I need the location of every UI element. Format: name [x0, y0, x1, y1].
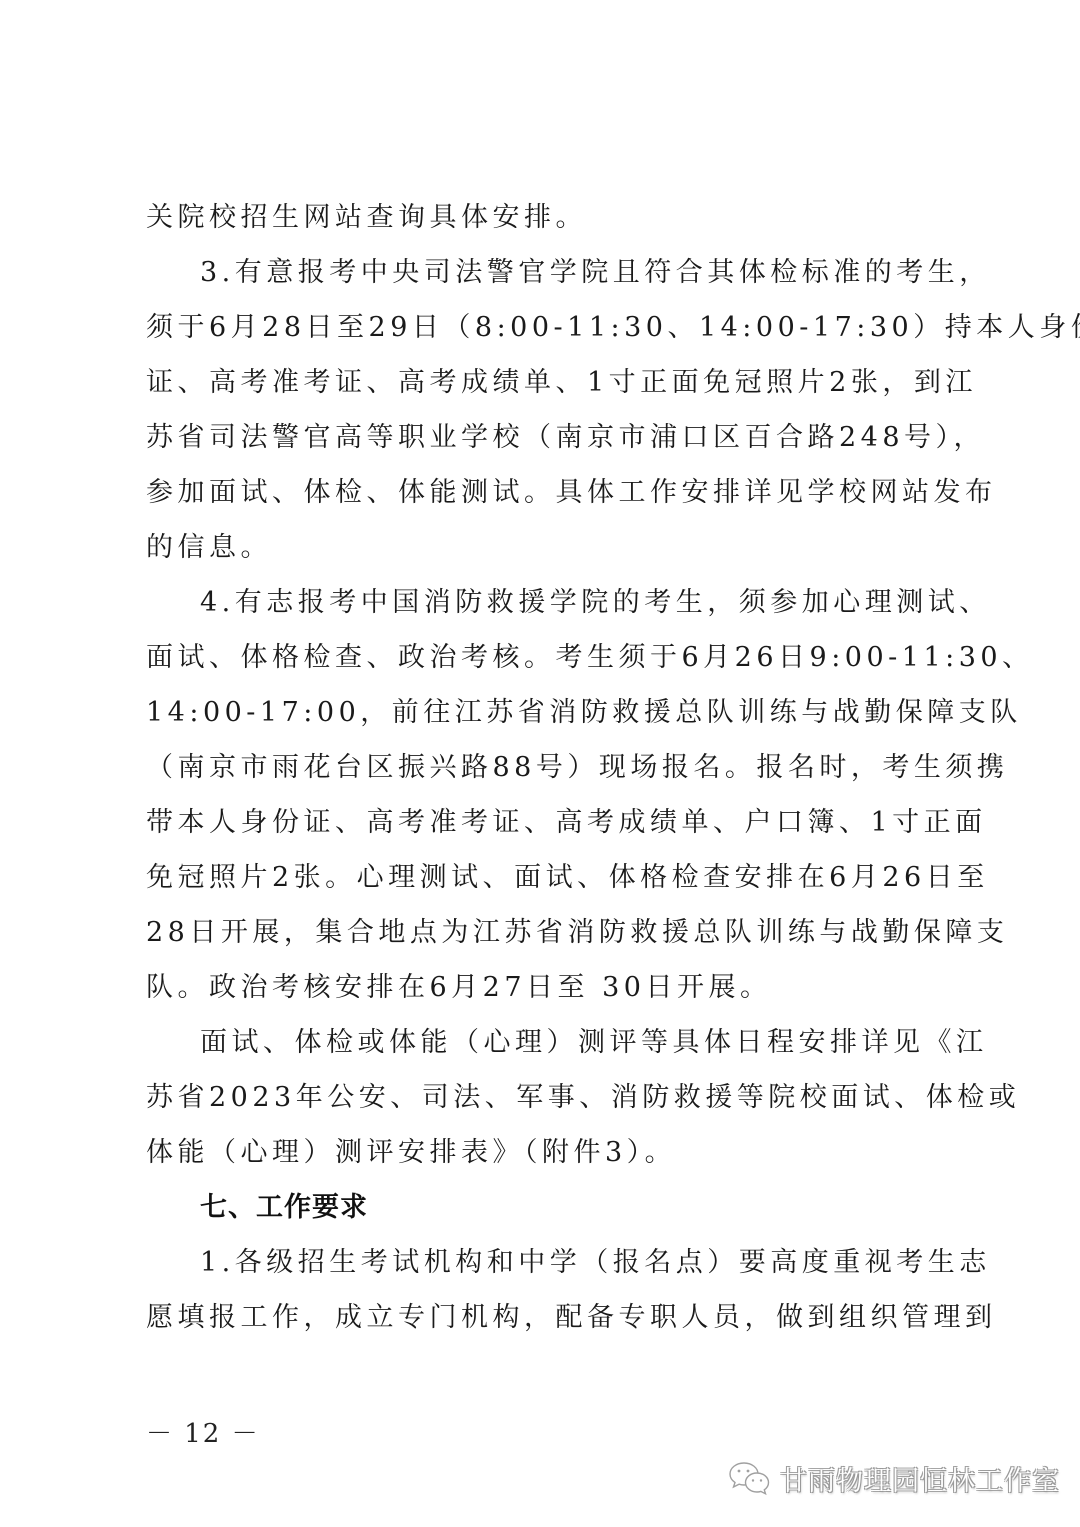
- section-heading: 七、工作要求: [200, 1188, 368, 1228]
- item-4-line-6: 免冠照片2张。心理测试、面试、体格检查安排在6月26日至: [146, 858, 946, 898]
- item-4-line-3: 14:00-17:00，前往江苏省消防救援总队训练与战勤保障支队: [146, 693, 946, 733]
- requirement-1-line-1: 1.各级招生考试机构和中学（报名点）要高度重视考生志: [200, 1243, 946, 1283]
- watermark-text: 甘雨物理园恒林工作室: [780, 1459, 1060, 1498]
- schedule-note-line-2: 苏省2023年公安、司法、军事、消防救援等院校面试、体检或: [146, 1078, 946, 1118]
- item-4-line-5: 带本人身份证、高考准考证、高考成绩单、户口簿、1寸正面: [146, 803, 946, 843]
- body-line-1: 关院校招生网站查询具体安排。: [146, 198, 946, 238]
- item-4-line-2: 面试、体格检查、政治考核。考生须于6月26日9:00-11:30、: [146, 638, 946, 678]
- document-page: 关院校招生网站查询具体安排。 3.有意报考中央司法警官学院且符合其体检标准的考生…: [0, 0, 1080, 1527]
- schedule-note-line-3: 体能（心理）测评安排表》（附件3）。: [146, 1133, 946, 1173]
- item-3-line-1: 3.有意报考中央司法警官学院且符合其体检标准的考生，: [200, 253, 946, 293]
- item-4-line-8: 队。政治考核安排在6月27日至 30日开展。: [146, 968, 946, 1008]
- watermark: 甘雨物理园恒林工作室: [728, 1458, 1060, 1498]
- schedule-note-line-1: 面试、体检或体能（心理）测评等具体日程安排详见《江: [200, 1023, 946, 1063]
- page-number: － 12 －: [146, 1418, 260, 1450]
- item-3-line-3: 证、高考准考证、高考成绩单、1寸正面免冠照片2张，到江: [146, 363, 946, 403]
- item-3-line-6: 的信息。: [146, 528, 946, 568]
- item-4-line-1: 4.有志报考中国消防救援学院的考生，须参加心理测试、: [200, 583, 946, 623]
- item-4-line-7: 28日开展，集合地点为江苏省消防救援总队训练与战勤保障支: [146, 913, 946, 953]
- requirement-1-line-2: 愿填报工作，成立专门机构，配备专职人员，做到组织管理到: [146, 1298, 946, 1338]
- item-3-line-4: 苏省司法警官高等职业学校（南京市浦口区百合路248号），: [146, 418, 946, 458]
- item-4-line-4: （南京市雨花台区振兴路88号）现场报名。报名时，考生须携: [146, 748, 946, 788]
- wechat-icon: [728, 1460, 772, 1496]
- item-3-line-5: 参加面试、体检、体能测试。具体工作安排详见学校网站发布: [146, 473, 946, 513]
- item-3-line-2: 须于6月28日至29日（8:00-11:30、14:00-17:30）持本人身份: [146, 308, 946, 348]
